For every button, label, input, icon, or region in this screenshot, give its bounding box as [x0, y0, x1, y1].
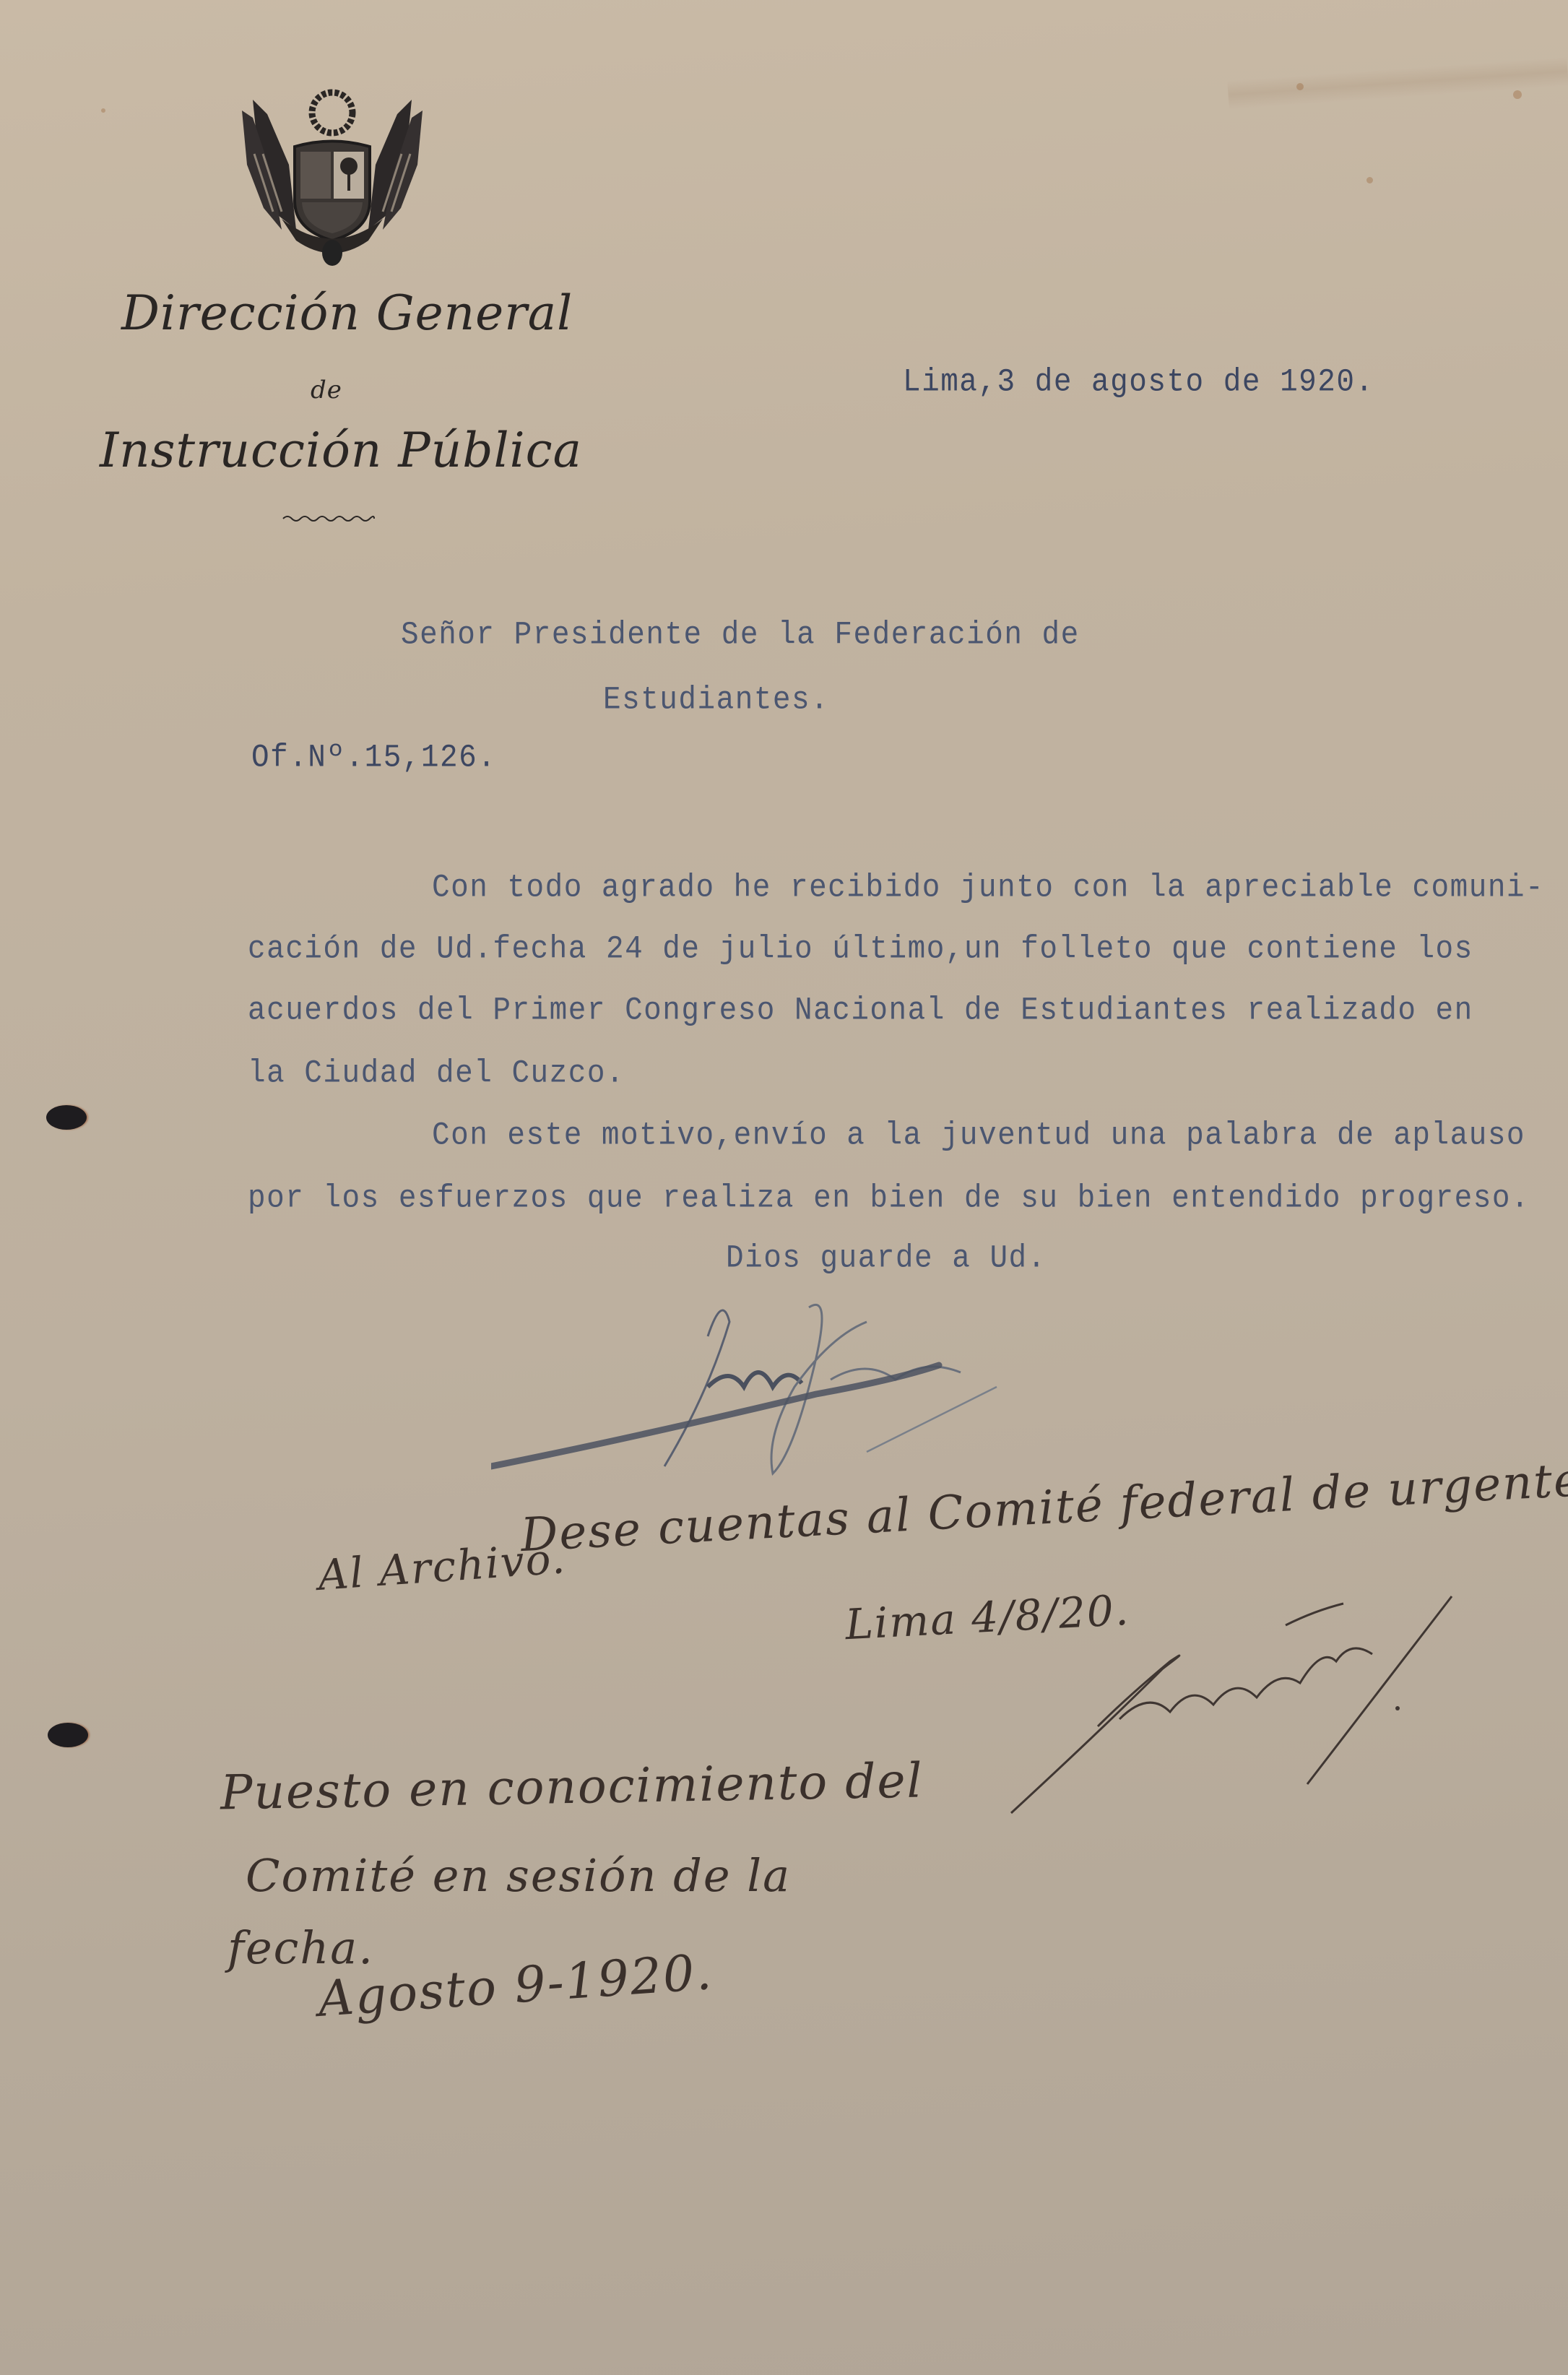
- closing-line: Dios guarde a Ud.: [726, 1241, 1047, 1277]
- paper-stain: [1513, 90, 1522, 99]
- letterhead-line-3: Instrucción Pública: [100, 423, 582, 478]
- punch-hole-upper: [46, 1105, 87, 1130]
- letterhead-line-1: Dirección General: [121, 285, 573, 341]
- peru-coat-of-arms-icon: [238, 85, 426, 266]
- document-page: Dirección General de Instrucción Pública…: [0, 0, 1568, 2375]
- paper-stain: [1296, 83, 1304, 90]
- body-p1-line-2: cación de Ud.fecha 24 de julio último,un…: [248, 932, 1473, 968]
- paper-stain: [101, 108, 105, 113]
- letterhead-ornament-rule: [282, 513, 376, 524]
- addressee-line-1: Señor Presidente de la Federación de: [401, 618, 1080, 654]
- annotation-2-line-3: fecha.: [228, 1921, 374, 1974]
- body-p2-line-1: Con este motivo,envío a la juventud una …: [432, 1118, 1525, 1154]
- paper-fold-crease: [1227, 57, 1568, 110]
- annotation-2-line-2: Comité en sesión de la: [246, 1849, 791, 1902]
- body-p1-line-4: la Ciudad del Cuzco.: [248, 1056, 625, 1092]
- signature-icon: [491, 1279, 1127, 1495]
- body-p1-line-3: acuerdos del Primer Congreso Nacional de…: [248, 993, 1473, 1029]
- handwritten-signature-icon: [1004, 1582, 1466, 1820]
- body-p1-line-1: Con todo agrado he recibido junto con la…: [432, 870, 1544, 907]
- annotation-2-date: Agosto 9-1920.: [316, 1944, 714, 2028]
- annotation-2-line-1: Puesto en conocimiento del: [220, 1753, 924, 1821]
- reference-number: Of.Nº.15,126.: [251, 740, 496, 776]
- paper-stain: [1366, 177, 1373, 183]
- date-line: Lima,3 de agosto de 1920.: [903, 365, 1374, 401]
- letterhead-line-2: de: [311, 376, 342, 405]
- addressee-line-2: Estudiantes.: [603, 683, 829, 719]
- punch-hole-lower: [48, 1723, 88, 1747]
- annotation-1-margin: Al Archivo.: [316, 1533, 568, 1600]
- body-p2-line-2: por los esfuerzos que realiza en bien de…: [248, 1181, 1530, 1217]
